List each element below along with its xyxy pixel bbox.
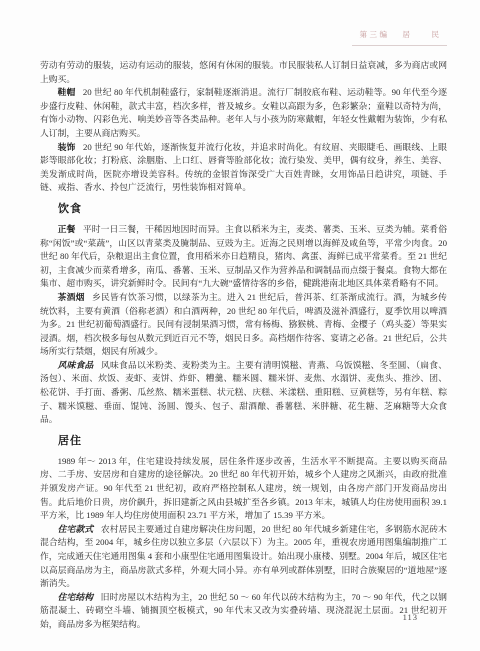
paragraph-housing-intro: 1989 年～ 2013 年，住宅建设持续发展，居住条件逐步改善，生活水平不断提…	[40, 455, 447, 523]
paragraph-text-house-styles: 农村居民主要通过自建房解决住房问题，20 世纪 80 年代城乡新建住宅，多钢筋水…	[40, 524, 447, 588]
paragraph-label-local-snacks: 风味食品	[58, 360, 94, 370]
paragraph-label-house-structure: 住宅结构	[58, 592, 94, 602]
chapter-label: 居 民	[403, 30, 447, 39]
paragraph-text-adornment: 20 世纪 90 年代始，逐渐恢复并流行化妆，并追求时尚化。有纹眉、夹眼睫毛、画…	[40, 142, 447, 193]
paragraph-label-tea-wine-tobacco: 茶酒烟	[58, 292, 85, 302]
page-body: 劳动有劳动的服装，运动有运动的服装，悠闲有休闲的服装。市民服装私人订制日益衰减，…	[40, 59, 447, 632]
paragraph-house-styles: 住宅款式农村居民主要通过自建房解决住房问题，20 世纪 80 年代城乡新建住宅，…	[40, 523, 447, 591]
paragraph-label-adornment: 装饰	[58, 142, 76, 152]
running-header-text: 第三编居 民	[352, 29, 448, 46]
paragraph-house-structure: 住宅结构旧时房屋以木结构为主，20 世纪 50 ～ 60 年代以砖木结构为主，7…	[40, 591, 447, 632]
paragraph-label-house-styles: 住宅款式	[58, 524, 94, 534]
page-number: 113	[403, 612, 418, 622]
book-page: 第三编居 民 劳动有劳动的服装，运动有运动的服装，悠闲有休闲的服装。市民服装私人…	[0, 0, 480, 651]
paragraph-main-meals: 正餐平时一日三餐，干稀因地因时而异。主食以稻米为主，麦类、薯类、玉米、豆类为辅。…	[40, 223, 447, 291]
section-heading-food: 饮食	[58, 202, 447, 216]
paragraph-local-snacks: 风味食品风味食品以米粉类、麦粉类为主。主要有清明馍糍、青燕、乌饭馍糍、冬至圆、（…	[40, 359, 447, 427]
paragraph-text-local-snacks: 风味食品以米粉类、麦粉类为主。主要有清明馍糍、青燕、乌饭馍糍、冬至圆、（扁食、汤…	[40, 360, 447, 424]
paragraph-text-house-structure: 旧时房屋以木结构为主，20 世纪 50 ～ 60 年代以砖木结构为主，70 ～ …	[40, 592, 447, 629]
paragraph-label-main-meals: 正餐	[58, 224, 76, 234]
paragraph-text-tea-wine-tobacco: 乡民皆有饮茶习惯，以绿茶为主。进入 21 世纪后，普洱茶、红茶渐成流行。酒，为城…	[40, 292, 447, 356]
paragraph-text-main-meals: 平时一日三餐，干稀因地因时而异。主食以稻米为主，麦类、薯类、玉米、豆类为辅。菜肴…	[40, 224, 447, 288]
running-header: 第三编居 民	[40, 24, 447, 46]
paragraph-clothing-continuation: 劳动有劳动的服装，运动有运动的服装，悠闲有休闲的服装。市民服装私人订制日益衰减，…	[40, 59, 447, 86]
paragraph-shoes-hats: 鞋帽20 世纪 80 年代机制鞋盛行，家制鞋逐渐消退。流行厂制胶底布鞋、运动鞋等…	[40, 86, 447, 140]
edition-label: 第三编	[360, 30, 390, 39]
paragraph-tea-wine-tobacco: 茶酒烟乡民皆有饮茶习惯，以绿茶为主。进入 21 世纪后，普洱茶、红茶渐成流行。酒…	[40, 291, 447, 359]
paragraph-adornment: 装饰20 世纪 90 年代始，逐渐恢复并流行化妆，并追求时尚化。有纹眉、夹眼睫毛…	[40, 141, 447, 195]
paragraph-text-shoes-hats: 20 世纪 80 年代机制鞋盛行，家制鞋逐渐消退。流行厂制胶底布鞋、运动鞋等。9…	[40, 87, 447, 138]
section-heading-housing: 居住	[58, 434, 447, 448]
paragraph-label-shoes-hats: 鞋帽	[58, 87, 76, 97]
